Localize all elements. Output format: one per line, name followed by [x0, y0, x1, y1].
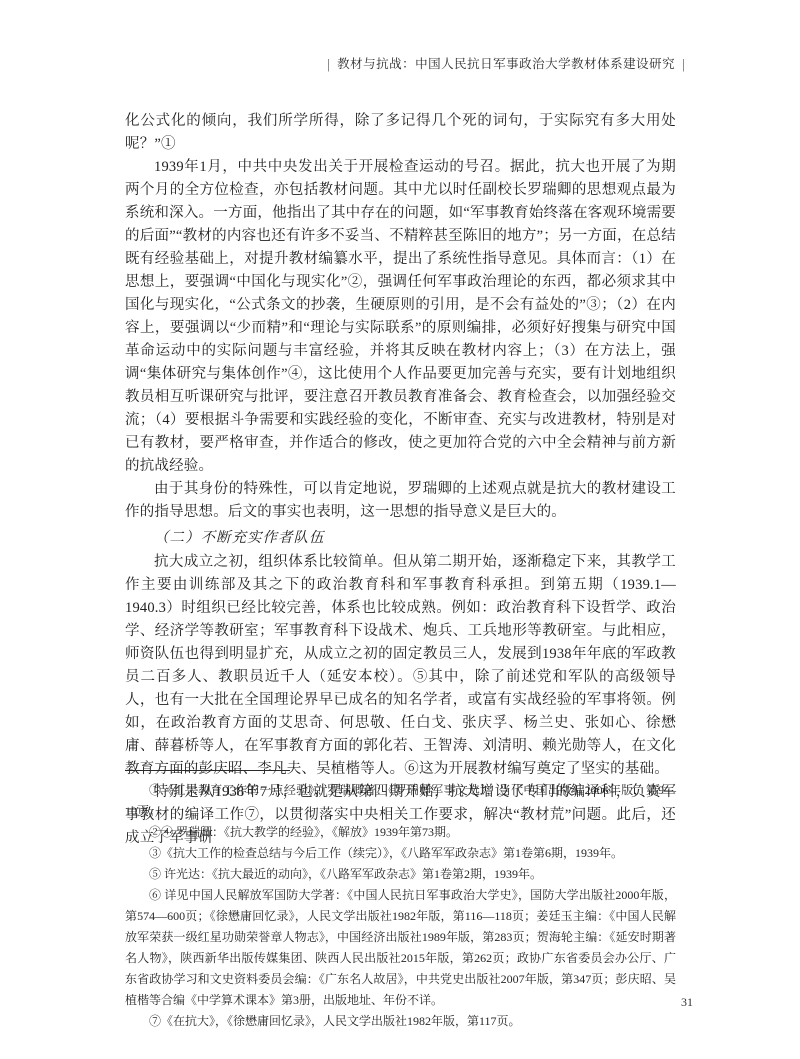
section-heading: （二）不断充实作者队伍: [125, 527, 676, 550]
main-text-block: 化公式化的倾向，我们所学所得，除了多记得几个死的词句，于实际究有多大用处呢？”①…: [125, 110, 676, 850]
footnote-divider: [125, 770, 290, 771]
footnote: ⑥ 详见中国人民解放军国防大学著：《中国人民抗日军事政治大学史》，国防大学出版社…: [125, 885, 676, 1011]
page-number: 31: [681, 995, 693, 1010]
header-delimiter-right: |: [682, 56, 685, 73]
running-title: 教材与抗战：中国人民抗日军事政治大学教材体系建设研究: [337, 57, 675, 71]
paragraph: 由于其身份的特殊性，可以肯定地说，罗瑞卿的上述观点就是抗大的教材建设工作的指导思…: [125, 478, 676, 524]
footnote: ③《抗大工作的检查总结与今后工作（续完）》，《八路军军政杂志》第1卷第6期，19…: [125, 843, 676, 864]
footnote: ⑤ 许光达：《抗大最近的动向》，《八路军军政杂志》第1卷第2期，1939年。: [125, 864, 676, 885]
paragraph: 1939年1月，中共中央发出关于开展检查运动的号召。据此，抗大也开展了为期两个月…: [125, 156, 676, 478]
paragraph: 抗大成立之初，组织体系比较简单。但从第二期开始，逐渐稳定下来，其教学工作主要由训…: [125, 551, 676, 781]
footnote: ⑦《在抗大》，《徐懋庸回忆录》，人民文学出版社1982年版，第117页。: [125, 1011, 676, 1032]
document-page: |教材与抗战：中国人民抗日军事政治大学教材体系建设研究| 化公式化的倾向，我们所…: [0, 0, 800, 1059]
footnotes-section: ①《红大教育工作的一点经验》，罗瑞卿著：《罗瑞卿军事文选》，当代中国出版社200…: [125, 770, 676, 1032]
footnote: ②④ 罗瑞卿：《抗大教学的经验》，《解放》1939年第73期。: [125, 822, 676, 843]
paragraph-continuation: 化公式化的倾向，我们所学所得，除了多记得几个死的词句，于实际究有多大用处呢？”①: [125, 110, 676, 156]
footnote: ①《红大教育工作的一点经验》，罗瑞卿著：《罗瑞卿军事文选》，当代中国出版社200…: [125, 780, 676, 822]
header-delimiter-left: |: [327, 56, 330, 73]
page-header: |教材与抗战：中国人民抗日军事政治大学教材体系建设研究|: [0, 54, 692, 72]
